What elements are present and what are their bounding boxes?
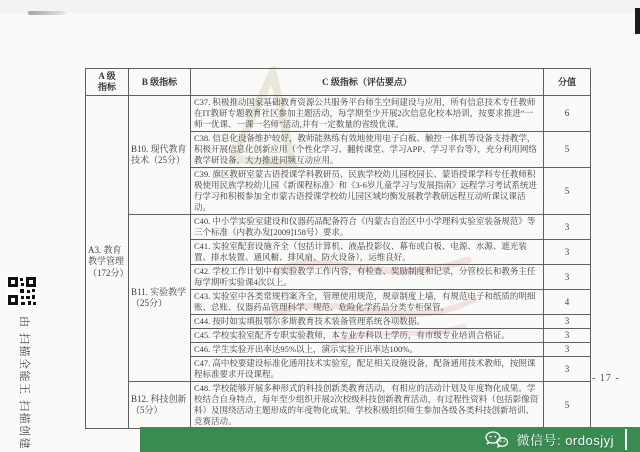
c-indicator-cell: C37. 积极推动国家基础教育资源公共服务平台师生空间建设与应用，所有信息技术专… — [191, 96, 544, 132]
score-cell: 5 — [544, 382, 591, 429]
bar-separator-line — [625, 429, 627, 450]
c-indicator-cell: C45. 学校实验室配齐专职实验教师，本专业专科以上学历，有市级专业培训合格证。 — [191, 329, 544, 343]
wechat-account-label: 微信号: ordosjyj — [516, 430, 614, 449]
table-header-row: A 级指标 B 级指标 C 级指标（评估要点） 分值 — [86, 69, 591, 96]
score-cell: 3 — [544, 215, 591, 240]
scanner-credit-text: 由 扫描全能王 扫描创建 — [17, 316, 33, 450]
scan-top-band — [0, 0, 640, 13]
score-cell: 6 — [544, 96, 591, 132]
b-group-cell-b12: B12. 科技创新（5分） — [129, 382, 191, 429]
c-indicator-cell: C40. 中小学实验室建设和仪器药品配备符合《内蒙古自治区中小学理科实验室装备规… — [191, 215, 544, 240]
col-header-score: 分值 — [544, 69, 591, 96]
score-cell: 5 — [544, 132, 591, 168]
col-header-a-level: A 级指标 — [86, 69, 129, 96]
wechat-bar: 微信号: ordosjyj — [140, 427, 640, 452]
score-cell: 5 — [544, 168, 591, 215]
table-row: A3. 教育教学管理（172分） B10. 现代教育技术（25分） C37. 积… — [86, 96, 591, 132]
c-indicator-cell: C39. 旗区教研室蒙古语授课学科教研员、民族学校幼儿园校园长、蒙语授课学科专任… — [191, 168, 544, 215]
c-indicator-cell: C42. 学校工作计划中有实验教学工作内容，有检查、奖励制度和记录，分管校长和教… — [191, 265, 544, 290]
scanned-document-page: A 级指标 B 级指标 C 级指标（评估要点） 分值 A3. 教育教学管理（17… — [0, 0, 640, 452]
c-indicator-cell: C43. 实验室中各类常规档案齐全，管理使用规范，规章制度上墙，有规范电子和纸质… — [191, 290, 544, 315]
table-row: B12. 科技创新（5分） C48. 学校能够开展多种形式的科技创新类教育活动，… — [86, 382, 591, 429]
scan-artifact-edge-mark — [635, 8, 640, 34]
qr-code-icon — [7, 276, 37, 306]
c-indicator-cell: C38. 信息化设备维护较好，教师能熟练有效地使用电子白板、触控一体机等设备支持… — [191, 132, 544, 168]
score-cell: 4 — [544, 290, 591, 315]
scan-artifact-smudge — [28, 11, 66, 15]
c-indicator-cell: C44. 按时如实填报鄂尔多斯教育技术装备管理系统各项数据。 — [191, 315, 544, 329]
c-indicator-cell: C41. 实验室配套设施齐全（包括计算机、液晶投影仪、幕布或白板、电源、水源、遮… — [191, 240, 544, 265]
b-group-cell-b11: B11. 实验教学（25分） — [129, 215, 191, 382]
col-header-b-level: B 级指标 — [129, 69, 191, 96]
table-row: B11. 实验教学（25分） C40. 中小学实验室建设和仪器药品配备符合《内蒙… — [86, 215, 591, 240]
wechat-chat-bubbles-icon — [485, 431, 509, 448]
c-indicator-cell: C47. 高中校要建设标准化通用技术实验室，配足相关设施设备，配备通用技术教师，… — [191, 357, 544, 382]
evaluation-table: A 级指标 B 级指标 C 级指标（评估要点） 分值 A3. 教育教学管理（17… — [85, 68, 591, 429]
c-indicator-cell: C48. 学校能够开展多种形式的科技创新类教育活动，有相应的活动计划及年度物化成… — [191, 382, 544, 429]
score-cell: 3 — [544, 315, 591, 329]
b-group-cell-b10: B10. 现代教育技术（25分） — [129, 96, 191, 215]
a-group-cell: A3. 教育教学管理（172分） — [86, 96, 129, 429]
score-cell: 3 — [544, 265, 591, 290]
c-indicator-cell: C46. 学生实验开出率达95%以上，演示实验开出率达100%。 — [191, 343, 544, 357]
score-cell: 3 — [544, 329, 591, 343]
score-cell: 3 — [544, 343, 591, 357]
page-number: - 17 - — [592, 373, 620, 384]
col-header-c-level: C 级指标（评估要点） — [191, 69, 544, 96]
score-cell: 3 — [544, 240, 591, 265]
score-cell: 3 — [544, 357, 591, 382]
